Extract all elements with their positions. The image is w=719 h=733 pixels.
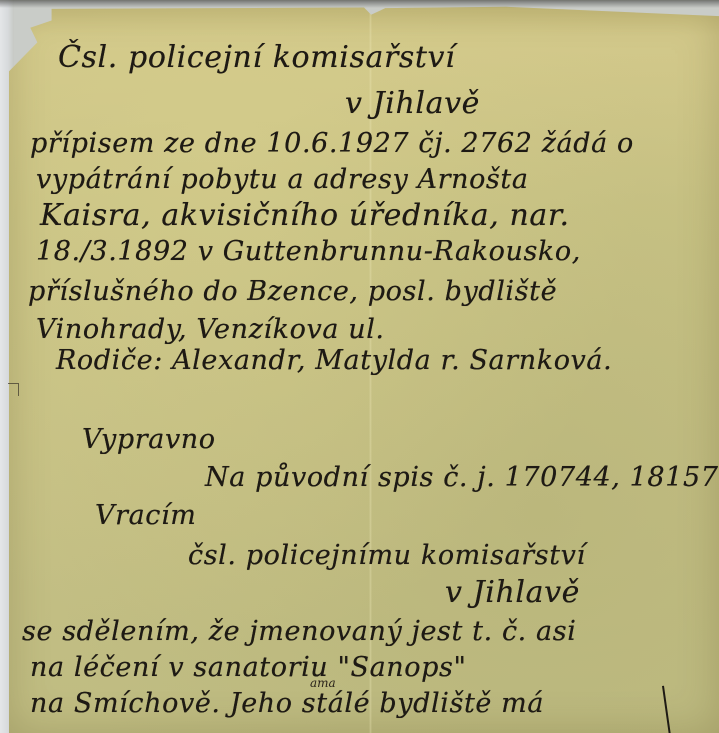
top-edge-shadow (0, 0, 719, 8)
action-label-vypravno: Vypravno (82, 424, 216, 455)
action-return-label: Vracím (95, 500, 196, 531)
action-reference: Na původní spis č. j. 170744, 181577 (205, 462, 719, 493)
body-line-4: 18./3.1892 v Guttenbrunnu-Rakousko, (36, 236, 581, 267)
closing-line-2: na léčení v sanatoriu "Sanops" (30, 652, 467, 683)
addressee-line-2: v Jihlavě (345, 86, 480, 121)
body-line-5: příslušného do Bzence, posl. bydliště (28, 276, 557, 307)
action-recipient-line-1: čsl. policejnímu komisařství (188, 540, 586, 571)
body-line-1: přípisem ze dne 10.6.1927 čj. 2762 žádá … (30, 128, 634, 159)
margin-mark (8, 383, 19, 396)
addressee-line-1: Čsl. policejní komisařství (58, 40, 455, 75)
closing-line-3: na Smíchově. Jeho stálé bydliště má (30, 688, 544, 719)
action-recipient-line-2: v Jihlavě (445, 575, 580, 610)
body-line-3: Kaisra, akvisičního úředníka, nar. (40, 198, 570, 233)
body-line-7-parents: Rodiče: Alexandr, Matylda r. Sarnková. (56, 345, 612, 376)
scanned-page: Čsl. policejní komisařství v Jihlavě pří… (0, 0, 719, 733)
closing-line-1: se sdělením, že jmenovaný jest t. č. asi (22, 616, 576, 647)
body-line-6: Vinohrady, Venzíkova ul. (36, 314, 385, 345)
body-line-2: vypátrání pobytu a adresy Arnošta (36, 164, 529, 195)
